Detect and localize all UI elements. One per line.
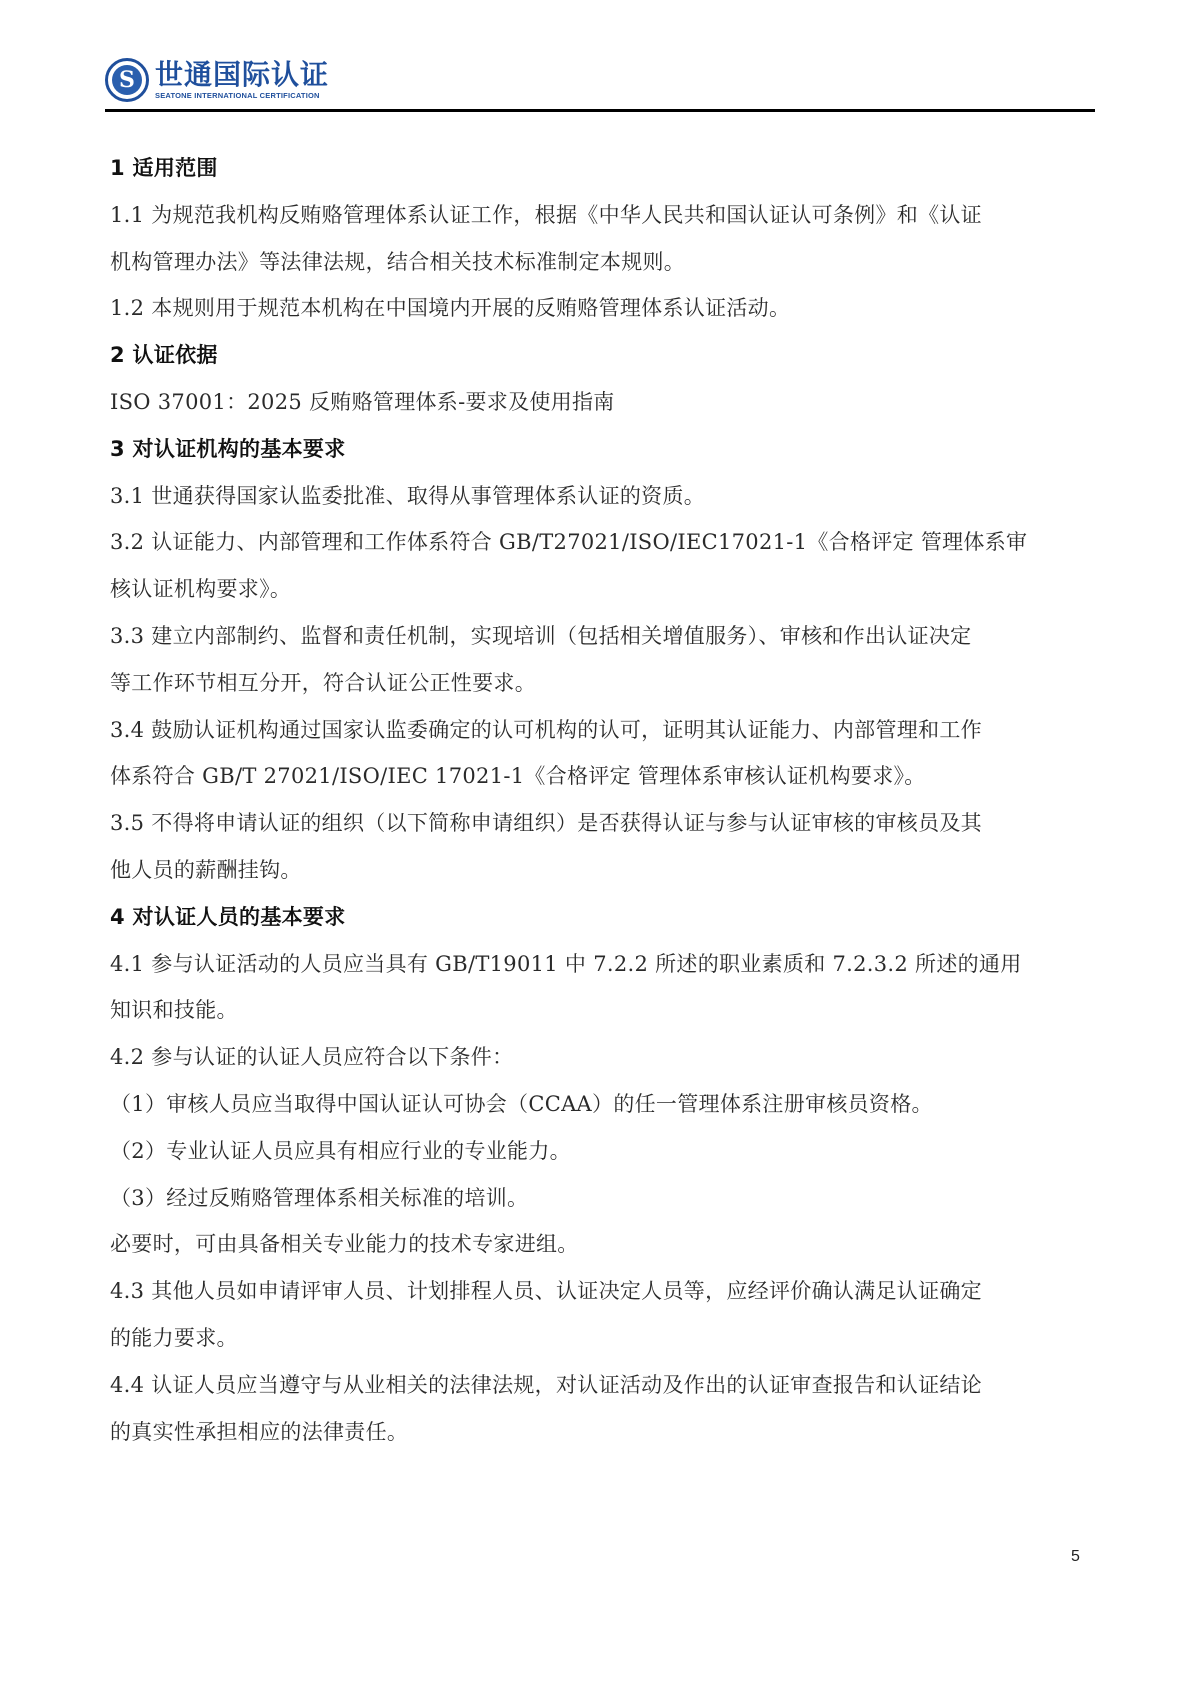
- brand-name-en: SEATONE INTERNATIONAL CERTIFICATION: [155, 91, 329, 101]
- paragraph-line: （1）审核人员应当取得中国认证认可协会（CCAA）的任一管理体系注册审核员资格。: [110, 1086, 1095, 1133]
- paragraph-line: ISO 37001：2025 反贿赂管理体系-要求及使用指南: [110, 384, 1095, 431]
- paragraph-line: 体系符合 GB/T 27021/ISO/IEC 17021-1《合格评定 管理体…: [110, 758, 1095, 805]
- paragraph-line: 的能力要求。: [110, 1320, 1095, 1367]
- paragraph-line: （2）专业认证人员应具有相应行业的专业能力。: [110, 1133, 1095, 1180]
- paragraph-line: 的真实性承担相应的法律责任。: [110, 1414, 1095, 1461]
- paragraph-line: 核认证机构要求》。: [110, 571, 1095, 618]
- paragraph-line: 4.4 认证人员应当遵守与从业相关的法律法规，对认证活动及作出的认证审查报告和认…: [110, 1367, 1095, 1414]
- header-rule: [105, 109, 1095, 112]
- seal-letter: S: [112, 65, 142, 95]
- paragraph-line: 机构管理办法》等法律法规，结合相关技术标准制定本规则。: [110, 244, 1095, 291]
- paragraph-line: 4.3 其他人员如申请评审人员、计划排程人员、认证决定人员等，应经评价确认满足认…: [110, 1273, 1095, 1320]
- paragraph-line: 4.1 参与认证活动的人员应当具有 GB/T19011 中 7.2.2 所述的职…: [110, 946, 1095, 993]
- paragraph-line: 3.3 建立内部制约、监督和责任机制，实现培训（包括相关增值服务）、审核和作出认…: [110, 618, 1095, 665]
- paragraph-line: 4.2 参与认证的认证人员应符合以下条件：: [110, 1039, 1095, 1086]
- paragraph-line: 知识和技能。: [110, 992, 1095, 1039]
- page-header: S 世通国际认证 SEATONE INTERNATIONAL CERTIFICA…: [105, 58, 1095, 112]
- paragraph-line: 3.4 鼓励认证机构通过国家认监委确定的认可机构的认可，证明其认证能力、内部管理…: [110, 712, 1095, 759]
- document-body: 1 适用范围1.1 为规范我机构反贿赂管理体系认证工作，根据《中华人民共和国认证…: [110, 150, 1095, 1460]
- paragraph-line: 3.1 世通获得国家认监委批准、取得从事管理体系认证的资质。: [110, 478, 1095, 525]
- paragraph-line: 1.1 为规范我机构反贿赂管理体系认证工作，根据《中华人民共和国认证认可条例》和…: [110, 197, 1095, 244]
- paragraph-line: （3）经过反贿赂管理体系相关标准的培训。: [110, 1180, 1095, 1227]
- section-heading: 3 对认证机构的基本要求: [110, 431, 1095, 478]
- section-heading: 2 认证依据: [110, 337, 1095, 384]
- brand-text: 世通国际认证 SEATONE INTERNATIONAL CERTIFICATI…: [155, 59, 329, 101]
- seatone-seal-icon: S: [105, 58, 149, 102]
- company-logo: S 世通国际认证 SEATONE INTERNATIONAL CERTIFICA…: [105, 58, 329, 102]
- page-number: 5: [1071, 1548, 1080, 1566]
- paragraph-line: 他人员的薪酬挂钩。: [110, 852, 1095, 899]
- paragraph-line: 必要时，可由具备相关专业能力的技术专家进组。: [110, 1226, 1095, 1273]
- paragraph-line: 3.5 不得将申请认证的组织（以下简称申请组织）是否获得认证与参与认证审核的审核…: [110, 805, 1095, 852]
- paragraph-line: 3.2 认证能力、内部管理和工作体系符合 GB/T27021/ISO/IEC17…: [110, 524, 1095, 571]
- brand-name-cn: 世通国际认证: [155, 59, 329, 91]
- section-heading: 4 对认证人员的基本要求: [110, 899, 1095, 946]
- section-heading: 1 适用范围: [110, 150, 1095, 197]
- paragraph-line: 等工作环节相互分开，符合认证公正性要求。: [110, 665, 1095, 712]
- paragraph-line: 1.2 本规则用于规范本机构在中国境内开展的反贿赂管理体系认证活动。: [110, 290, 1095, 337]
